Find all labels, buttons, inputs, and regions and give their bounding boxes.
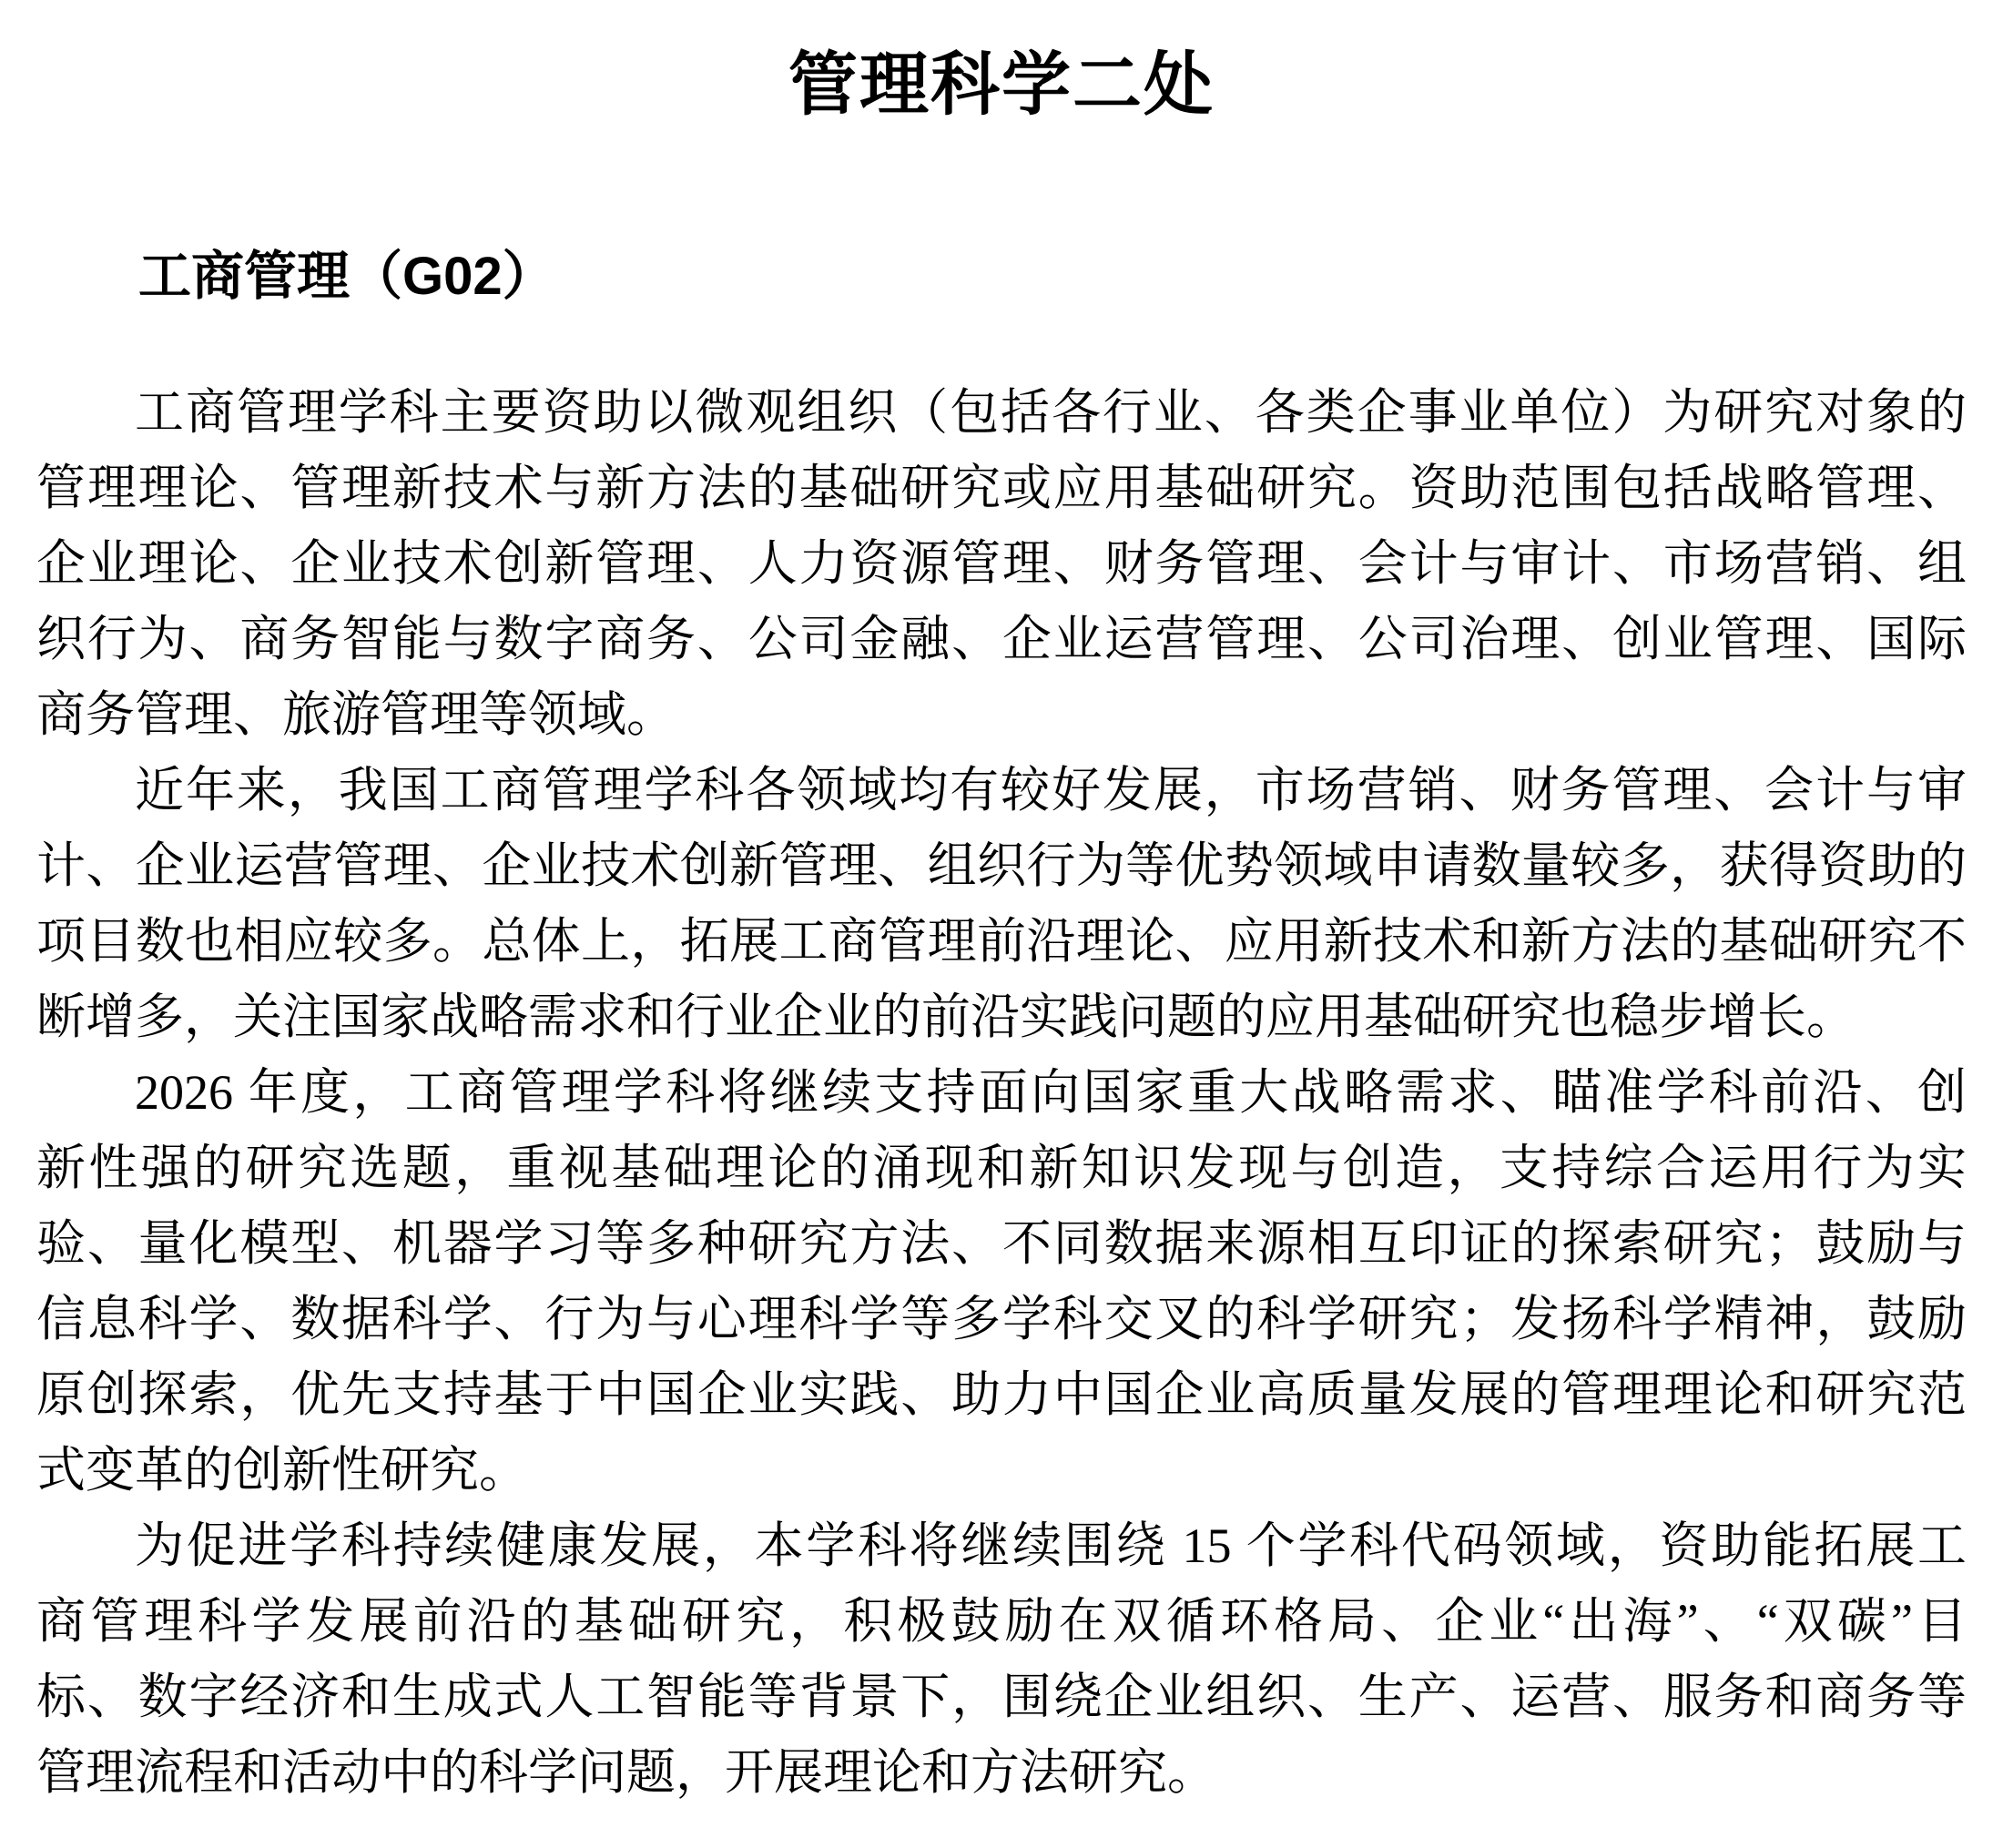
paragraph-line: 企业理论、企业技术创新管理、人力资源管理、财务管理、会计与审计、市场营销、组: [36, 526, 1967, 602]
paragraph-line: 商管理科学发展前沿的基础研究，积极鼓励在双循环格局、企业“出海”、“双碳”目: [36, 1584, 1967, 1660]
paragraph-line: 2026 年度，工商管理学科将继续支持面向国家重大战略需求、瞄准学科前沿、创: [36, 1055, 1967, 1131]
paragraph-line: 断增多，关注国家战略需求和行业企业的前沿实践问题的应用基础研究也稳步增长。: [36, 980, 1967, 1055]
paragraph-line: 式变革的创新性研究。: [36, 1433, 1967, 1508]
document-page: 管理科学二处 工商管理（G02） 工商管理学科主要资助以微观组织（包括各行业、各…: [0, 0, 2003, 1848]
document-body: 工商管理学科主要资助以微观组织（包括各行业、各类企事业单位）为研究对象的 管理理…: [36, 375, 1967, 1811]
paragraph-line: 近年来，我国工商管理学科各领域均有较好发展，市场营销、财务管理、会计与审: [36, 753, 1967, 828]
paragraph-line: 信息科学、数据科学、行为与心理科学等多学科交叉的科学研究；发扬科学精神，鼓励: [36, 1282, 1967, 1357]
paragraph-line: 织行为、商务智能与数字商务、公司金融、企业运营管理、公司治理、创业管理、国际: [36, 602, 1967, 677]
paragraph-line: 管理流程和活动中的科学问题，开展理论和方法研究。: [36, 1735, 1967, 1811]
paragraph-line: 计、企业运营管理、企业技术创新管理、组织行为等优势领域申请数量较多，获得资助的: [36, 828, 1967, 904]
paragraph-line: 商务管理、旅游管理等领域。: [36, 677, 1967, 753]
paragraph-line: 工商管理学科主要资助以微观组织（包括各行业、各类企事业单位）为研究对象的: [36, 375, 1967, 451]
paragraph-line: 标、数字经济和生成式人工智能等背景下，围绕企业组织、生产、运营、服务和商务等: [36, 1660, 1967, 1735]
paragraph-line: 新性强的研究选题，重视基础理论的涌现和新知识发现与创造，支持综合运用行为实: [36, 1131, 1967, 1206]
paragraph-line: 项目数也相应较多。总体上，拓展工商管理前沿理论、应用新技术和新方法的基础研究不: [36, 904, 1967, 980]
paragraph-line: 验、量化模型、机器学习等多种研究方法、不同数据来源相互印证的探索研究；鼓励与: [36, 1206, 1967, 1282]
paragraph-line: 原创探索，优先支持基于中国企业实践、助力中国企业高质量发展的管理理论和研究范: [36, 1357, 1967, 1433]
paragraph-line: 为促进学科持续健康发展，本学科将继续围绕 15 个学科代码领域，资助能拓展工: [36, 1508, 1967, 1584]
document-title: 管理科学二处: [0, 0, 2003, 127]
paragraph-line: 管理理论、管理新技术与新方法的基础研究或应用基础研究。资助范围包括战略管理、: [36, 451, 1967, 526]
section-heading: 工商管理（G02）: [138, 248, 2003, 306]
